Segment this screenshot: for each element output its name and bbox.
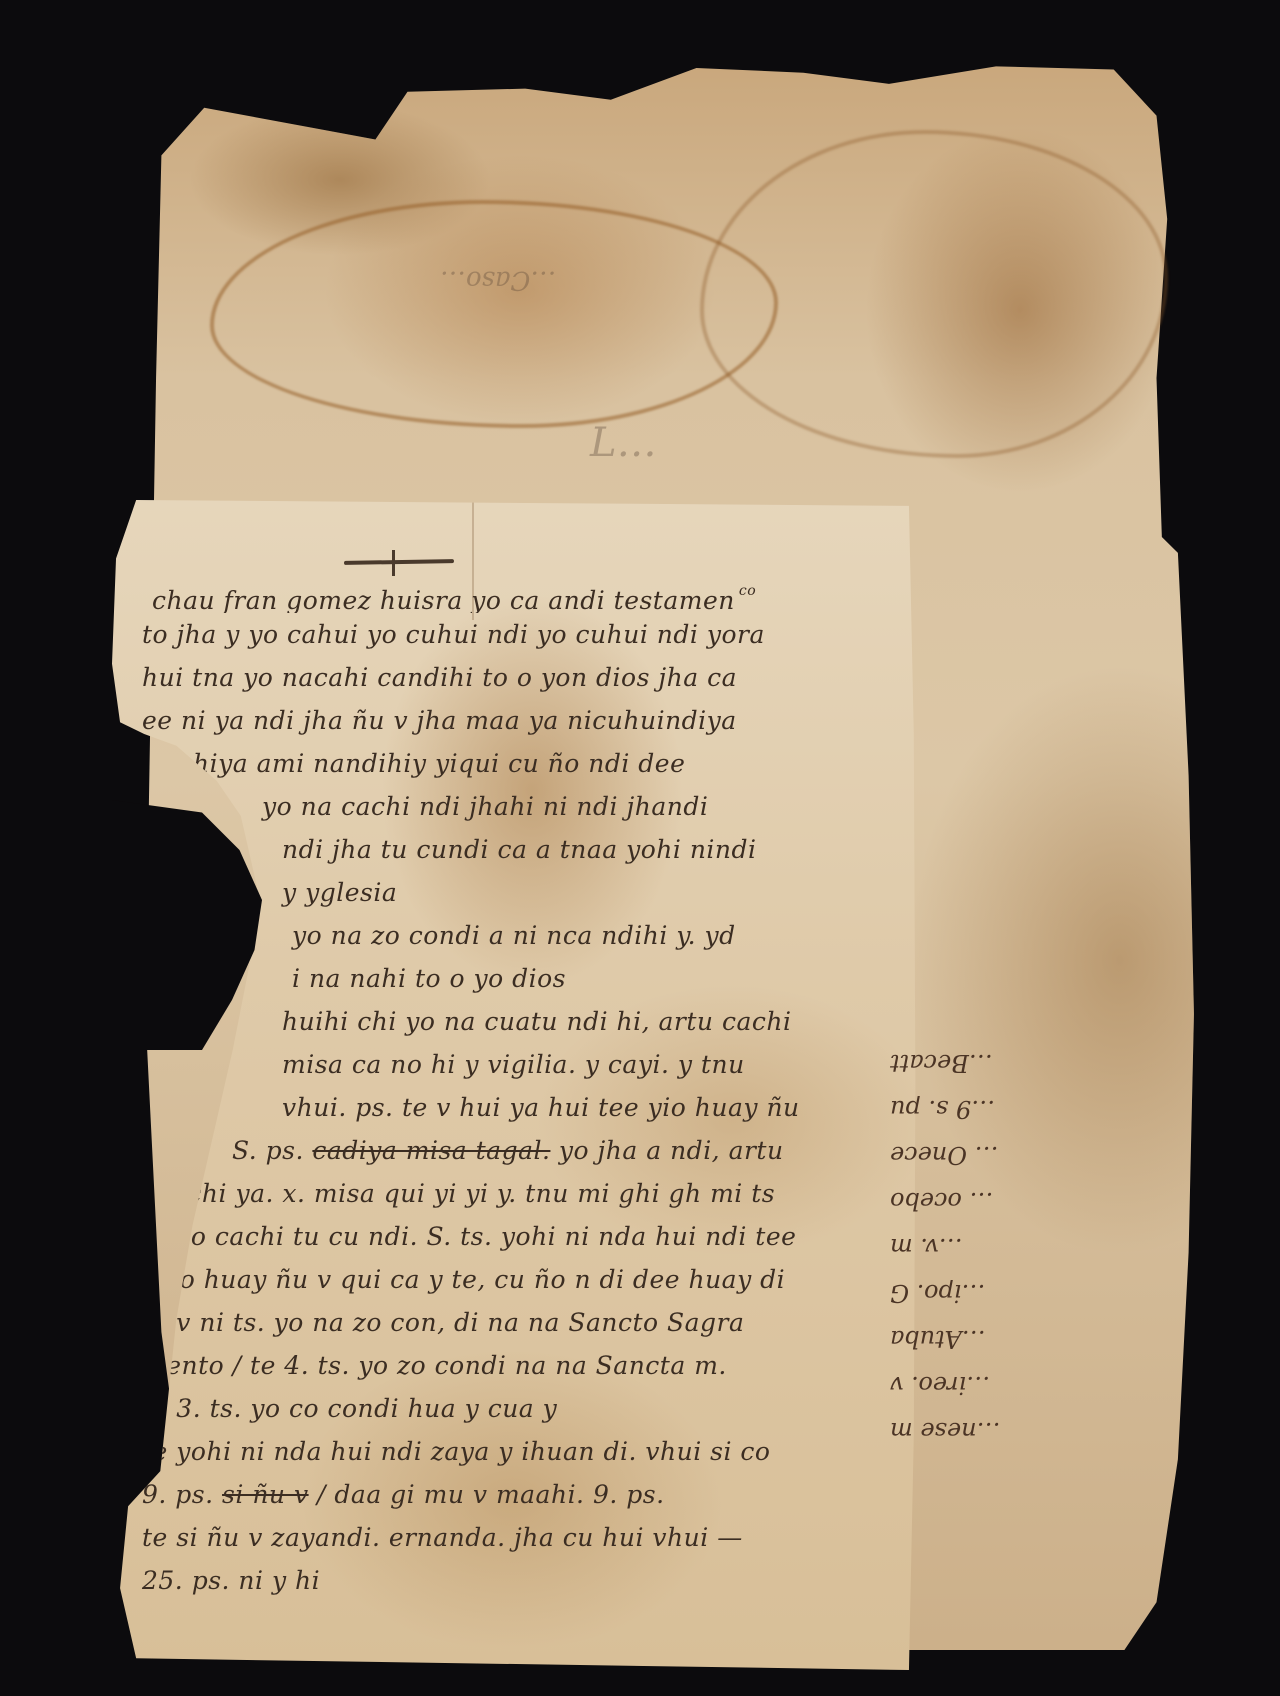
fragment-line: … Onece — [890, 1132, 1090, 1178]
fragment-line: …v. m — [890, 1224, 1090, 1270]
stain-ring — [210, 200, 778, 428]
manuscript-line: y yo huay ñu v qui ca y te, cu ño n di d… — [132, 1258, 907, 1301]
manuscript-line: mento / te 4. ts. yo zo condi na na Sanc… — [132, 1344, 907, 1387]
manuscript-line: te 3. ts. yo co condi hua y cua y — [132, 1387, 907, 1430]
manuscript-text: chau fran gomez huisra yo ca andi testam… — [132, 570, 907, 1602]
manuscript-line: te si ñu v zayandi. ernanda. jha cu hui … — [132, 1516, 907, 1559]
manuscript-line: hui tna yo nacahi candihi to o yon dios … — [132, 656, 907, 699]
fragment-line: …ireo. v — [890, 1362, 1090, 1408]
manuscript-line: misa ca no hi y vigilia. y cayi. y tnu — [132, 1043, 907, 1086]
manuscript-line: te v ni ts. yo na zo con, di na na Sanct… — [132, 1301, 907, 1344]
manuscript-line: vhui. ps. te v hui ya hui tee yio huay ñ… — [132, 1086, 907, 1129]
fragment-line: … ocebo — [890, 1178, 1090, 1224]
side-fragment-upside-down: …Becatt …9 s. pu … Onece … ocebo …v. m …… — [890, 1040, 1090, 1510]
ghost-text-top: …Caso… — [440, 265, 556, 295]
manuscript-line: ee ni ya ndi jha ñu v jha maa ya nicuhui… — [132, 699, 907, 742]
manuscript-line: 25. ps. ni y hi — [132, 1559, 907, 1602]
front-sheet: chau fran gomez huisra yo ca andi testam… — [112, 500, 917, 1670]
manuscript-line: nitahiya ami nandihiy yiqui cu ño ndi de… — [132, 742, 907, 785]
manuscript-line: S. ps. cadiya misa tagal. yo jha a ndi, … — [132, 1129, 907, 1172]
manuscript-line: te yo cachi tu cu ndi. S. ts. yohi ni nd… — [132, 1215, 907, 1258]
fragment-line: …9 s. pu — [890, 1086, 1090, 1132]
manuscript-line: te yohi ni nda hui ndi zaya y ihuan di. … — [132, 1430, 907, 1473]
fragment-line: …Atuba — [890, 1316, 1090, 1362]
stain-ring — [700, 130, 1168, 458]
fragment-line: …nese m — [890, 1408, 1090, 1454]
struck-text: si ñu v — [222, 1480, 309, 1509]
manuscript-line: chau fran gomez huisra yo ca andi testam… — [132, 570, 907, 613]
ghost-text-mid: L… — [590, 420, 657, 466]
manuscript-line: yo na cachi ndi jhahi ni ndi jhandi — [132, 785, 907, 828]
manuscript-line: achi ya. x. misa qui yi yi y. tnu mi ghi… — [132, 1172, 907, 1215]
fragment-line: …ipo. G — [890, 1270, 1090, 1316]
manuscript-line: huihi chi yo na cuatu ndi hi, artu cachi — [132, 1000, 907, 1043]
struck-text: cadiya misa tagal. — [312, 1136, 550, 1165]
manuscript-line: 9. ps. si ñu v / daa gi mu v maahi. 9. p… — [132, 1473, 907, 1516]
fragment-line: …Becatt — [890, 1040, 1090, 1086]
manuscript-line: to jha y yo cahui yo cuhui ndi yo cuhui … — [132, 613, 907, 656]
